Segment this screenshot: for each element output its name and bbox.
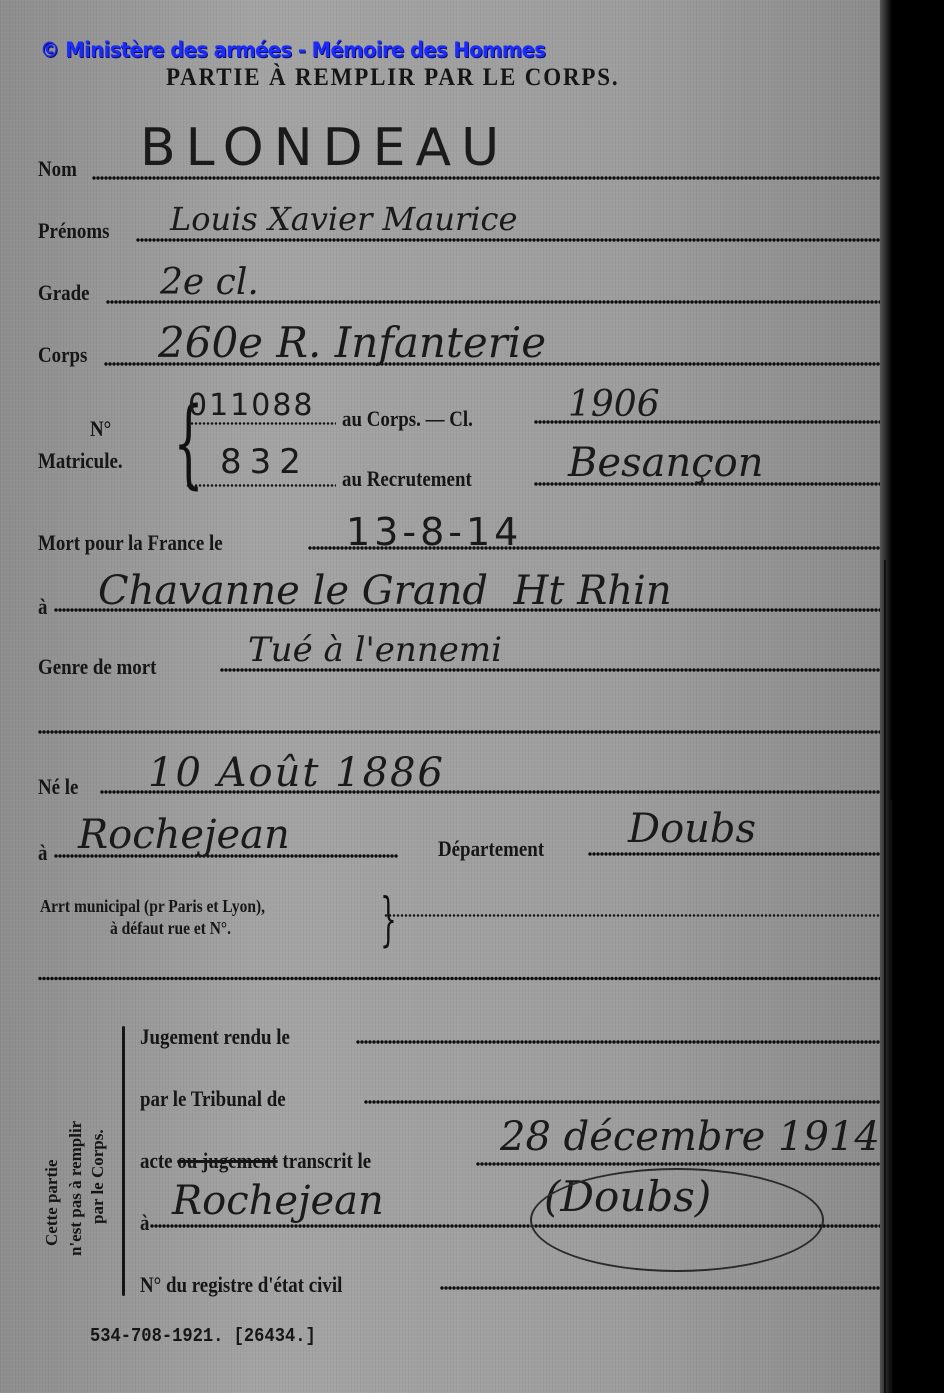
grade-label: Grade bbox=[38, 280, 90, 306]
transcrit-a-value: Rochejean bbox=[172, 1178, 384, 1224]
genre-de-mort-label: Genre de mort bbox=[38, 654, 156, 680]
edge-line-2 bbox=[890, 800, 892, 1393]
nom-value: BLONDEAU bbox=[140, 118, 509, 178]
corps-cl-label: au Corps. — Cl. bbox=[342, 406, 473, 432]
corps-label: Corps bbox=[38, 342, 87, 368]
transcrit-a-label: à bbox=[140, 1210, 149, 1236]
arrondissement-brace: } bbox=[380, 890, 397, 948]
prenoms-label: Prénoms bbox=[38, 218, 109, 244]
side-note-line2: n'est pas à remplir bbox=[66, 1121, 86, 1256]
copyright-watermark: © Ministère des armées - Mémoire des Hom… bbox=[40, 38, 545, 62]
genre-de-mort-value: Tué à l'ennemi bbox=[248, 630, 502, 670]
nom-label: Nom bbox=[38, 156, 77, 182]
arrondissement-label-line2: à défaut rue et N°. bbox=[110, 918, 231, 939]
mort-le-value: 13-8-14 bbox=[346, 510, 522, 554]
blank-line bbox=[38, 730, 880, 734]
arrondissement-label-line1: Arrt municipal (pr Paris et Lyon), bbox=[40, 896, 265, 917]
acte-line bbox=[476, 1162, 880, 1166]
mort-a-value: Chavanne le Grand Ht Rhin bbox=[98, 568, 672, 614]
matricule-no-label: N° bbox=[90, 416, 111, 442]
acte-prefix: acte bbox=[140, 1148, 173, 1173]
jugement-rendu-label: Jugement rendu le bbox=[140, 1024, 290, 1050]
acte-struck-text: ou jugement bbox=[177, 1148, 277, 1173]
card-header: PARTIE À REMPLIR PAR LE CORPS. bbox=[166, 64, 620, 92]
mort-a-label: à bbox=[38, 594, 47, 620]
side-note: Cette partie n'est pas à remplir par le … bbox=[28, 1060, 128, 1250]
corps-value: 260e R. Infanterie bbox=[158, 318, 546, 367]
side-note-line1: Cette partie bbox=[42, 1160, 62, 1246]
ne-le-label: Né le bbox=[38, 774, 78, 800]
tribunal-line bbox=[364, 1100, 880, 1104]
prenoms-value: Louis Xavier Maurice bbox=[170, 200, 517, 238]
jugement-bracket bbox=[122, 1026, 125, 1296]
registre-label: N° du registre d'état civil bbox=[140, 1272, 342, 1298]
edge-line-1 bbox=[884, 560, 886, 1393]
acte-label: acte ou jugement transcrit le bbox=[140, 1148, 371, 1174]
tribunal-label: par le Tribunal de bbox=[140, 1086, 286, 1112]
matricule-label: Matricule. bbox=[38, 448, 123, 474]
side-note-line3: par le Corps. bbox=[88, 1129, 108, 1224]
recrutement-number-value: 832 bbox=[220, 442, 309, 482]
registre-line bbox=[440, 1286, 880, 1290]
recrutement-value: Besançon bbox=[568, 440, 763, 486]
classe-value: 1906 bbox=[568, 384, 660, 425]
death-record-card: © Ministère des armées - Mémoire des Hom… bbox=[0, 0, 880, 1393]
mort-le-label: Mort pour la France le bbox=[38, 530, 223, 556]
dept-circle-mark bbox=[530, 1168, 824, 1272]
ne-le-value: 10 Août 1886 bbox=[148, 750, 445, 796]
ne-a-value: Rochejean bbox=[78, 812, 290, 858]
recrutement-number-line bbox=[186, 484, 336, 487]
departement-label: Département bbox=[438, 836, 544, 862]
prenoms-line bbox=[136, 238, 880, 242]
corps-number-value: 011088 bbox=[188, 388, 315, 423]
form-reference: 534-708-1921. [26434.] bbox=[90, 1325, 316, 1347]
ne-a-label: à bbox=[38, 840, 47, 866]
grade-value: 2e cl. bbox=[160, 262, 259, 303]
acte-suffix: transcrit le bbox=[282, 1148, 371, 1173]
departement-value: Doubs bbox=[628, 806, 756, 852]
departement-line bbox=[588, 852, 880, 856]
arrondissement-line bbox=[384, 914, 880, 917]
recrutement-label: au Recrutement bbox=[342, 466, 472, 492]
section-separator bbox=[38, 976, 880, 981]
jugement-rendu-line bbox=[356, 1040, 880, 1044]
acte-value: 28 décembre 1914 bbox=[500, 1114, 880, 1160]
